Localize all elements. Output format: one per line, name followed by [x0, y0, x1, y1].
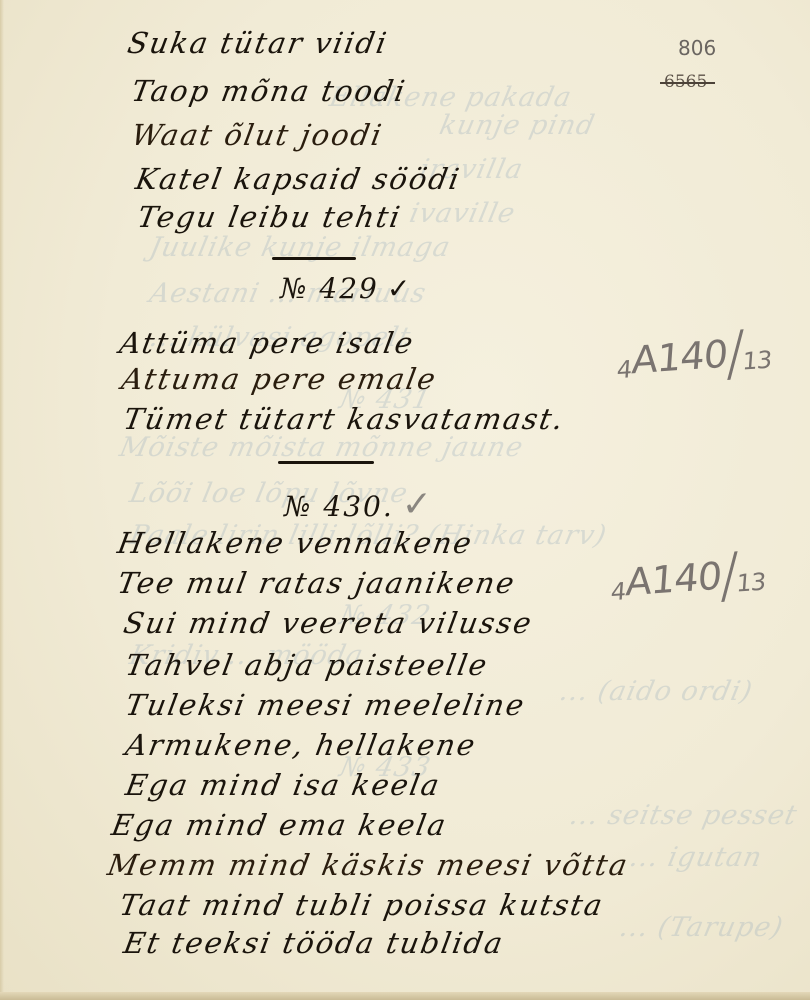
page-edge-left: [0, 0, 4, 1000]
verse-line: Tegu leibu tehti: [135, 200, 404, 234]
verse-line: Suka tütar viidi: [125, 26, 391, 60]
section-divider: [278, 461, 374, 464]
page-edge-bottom: [0, 992, 810, 1000]
verse-line: Ega mind isa keela: [123, 768, 444, 802]
section-number: № 430.: [284, 490, 394, 523]
archive-old-number-struck: 6565: [664, 72, 707, 92]
verse-line: Tümet tütart kasvatamast.: [121, 402, 567, 436]
verse-line: Tahvel abja paisteelle: [123, 648, 491, 682]
verse-line: Et teeksi tööda tublida: [121, 926, 507, 960]
check-mark-icon: ✓: [387, 272, 412, 305]
manuscript-page: Ellakene pakada kunje pind iravilla ivav…: [0, 0, 810, 1000]
verse-line: Taop mõna toodi: [129, 74, 409, 108]
bleed-line: ... (Tarupe): [617, 912, 787, 943]
bleed-line: ivaville: [407, 198, 519, 229]
bleed-line: kunje pind: [437, 110, 598, 141]
verse-line: Taat mind tubli poissa kutsta: [117, 888, 607, 922]
bleed-line: ... (aido ordi): [557, 676, 756, 707]
section-heading: № 430.✓: [284, 484, 434, 525]
bleed-line: ... igutan: [627, 842, 766, 873]
section-heading: № 429✓: [280, 272, 412, 305]
check-mark-icon: ✓: [402, 484, 434, 525]
verse-line: Armukene, hellakene: [123, 728, 479, 762]
verse-line: Ega mind ema keela: [109, 808, 450, 842]
verse-line: Hellakene vennakene: [115, 526, 476, 560]
verse-line: Katel kapsaid söödi: [133, 162, 464, 196]
bleed-line: ... seitse pesset: [567, 800, 800, 831]
verse-line: Attüma pere isale: [117, 326, 417, 360]
archive-page-number: 806: [678, 36, 716, 60]
section-divider: [272, 257, 356, 260]
verse-line: Memm mind käskis meesi võtta: [105, 848, 632, 882]
margin-reference: 4A140/13: [610, 551, 767, 607]
verse-line: Tuleksi meesi meeleline: [123, 688, 528, 722]
verse-line: Sui mind veereta vilusse: [121, 606, 536, 640]
section-number: № 429: [280, 272, 379, 305]
verse-line: Tee mul ratas jaanikene: [115, 566, 519, 600]
margin-reference: 4A140/13: [616, 329, 773, 385]
verse-line: Waat õlut joodi: [129, 118, 386, 152]
bleed-line: Mõiste mõista mõnne jaune: [117, 432, 527, 463]
verse-line: Attuma pere emale: [119, 362, 440, 396]
